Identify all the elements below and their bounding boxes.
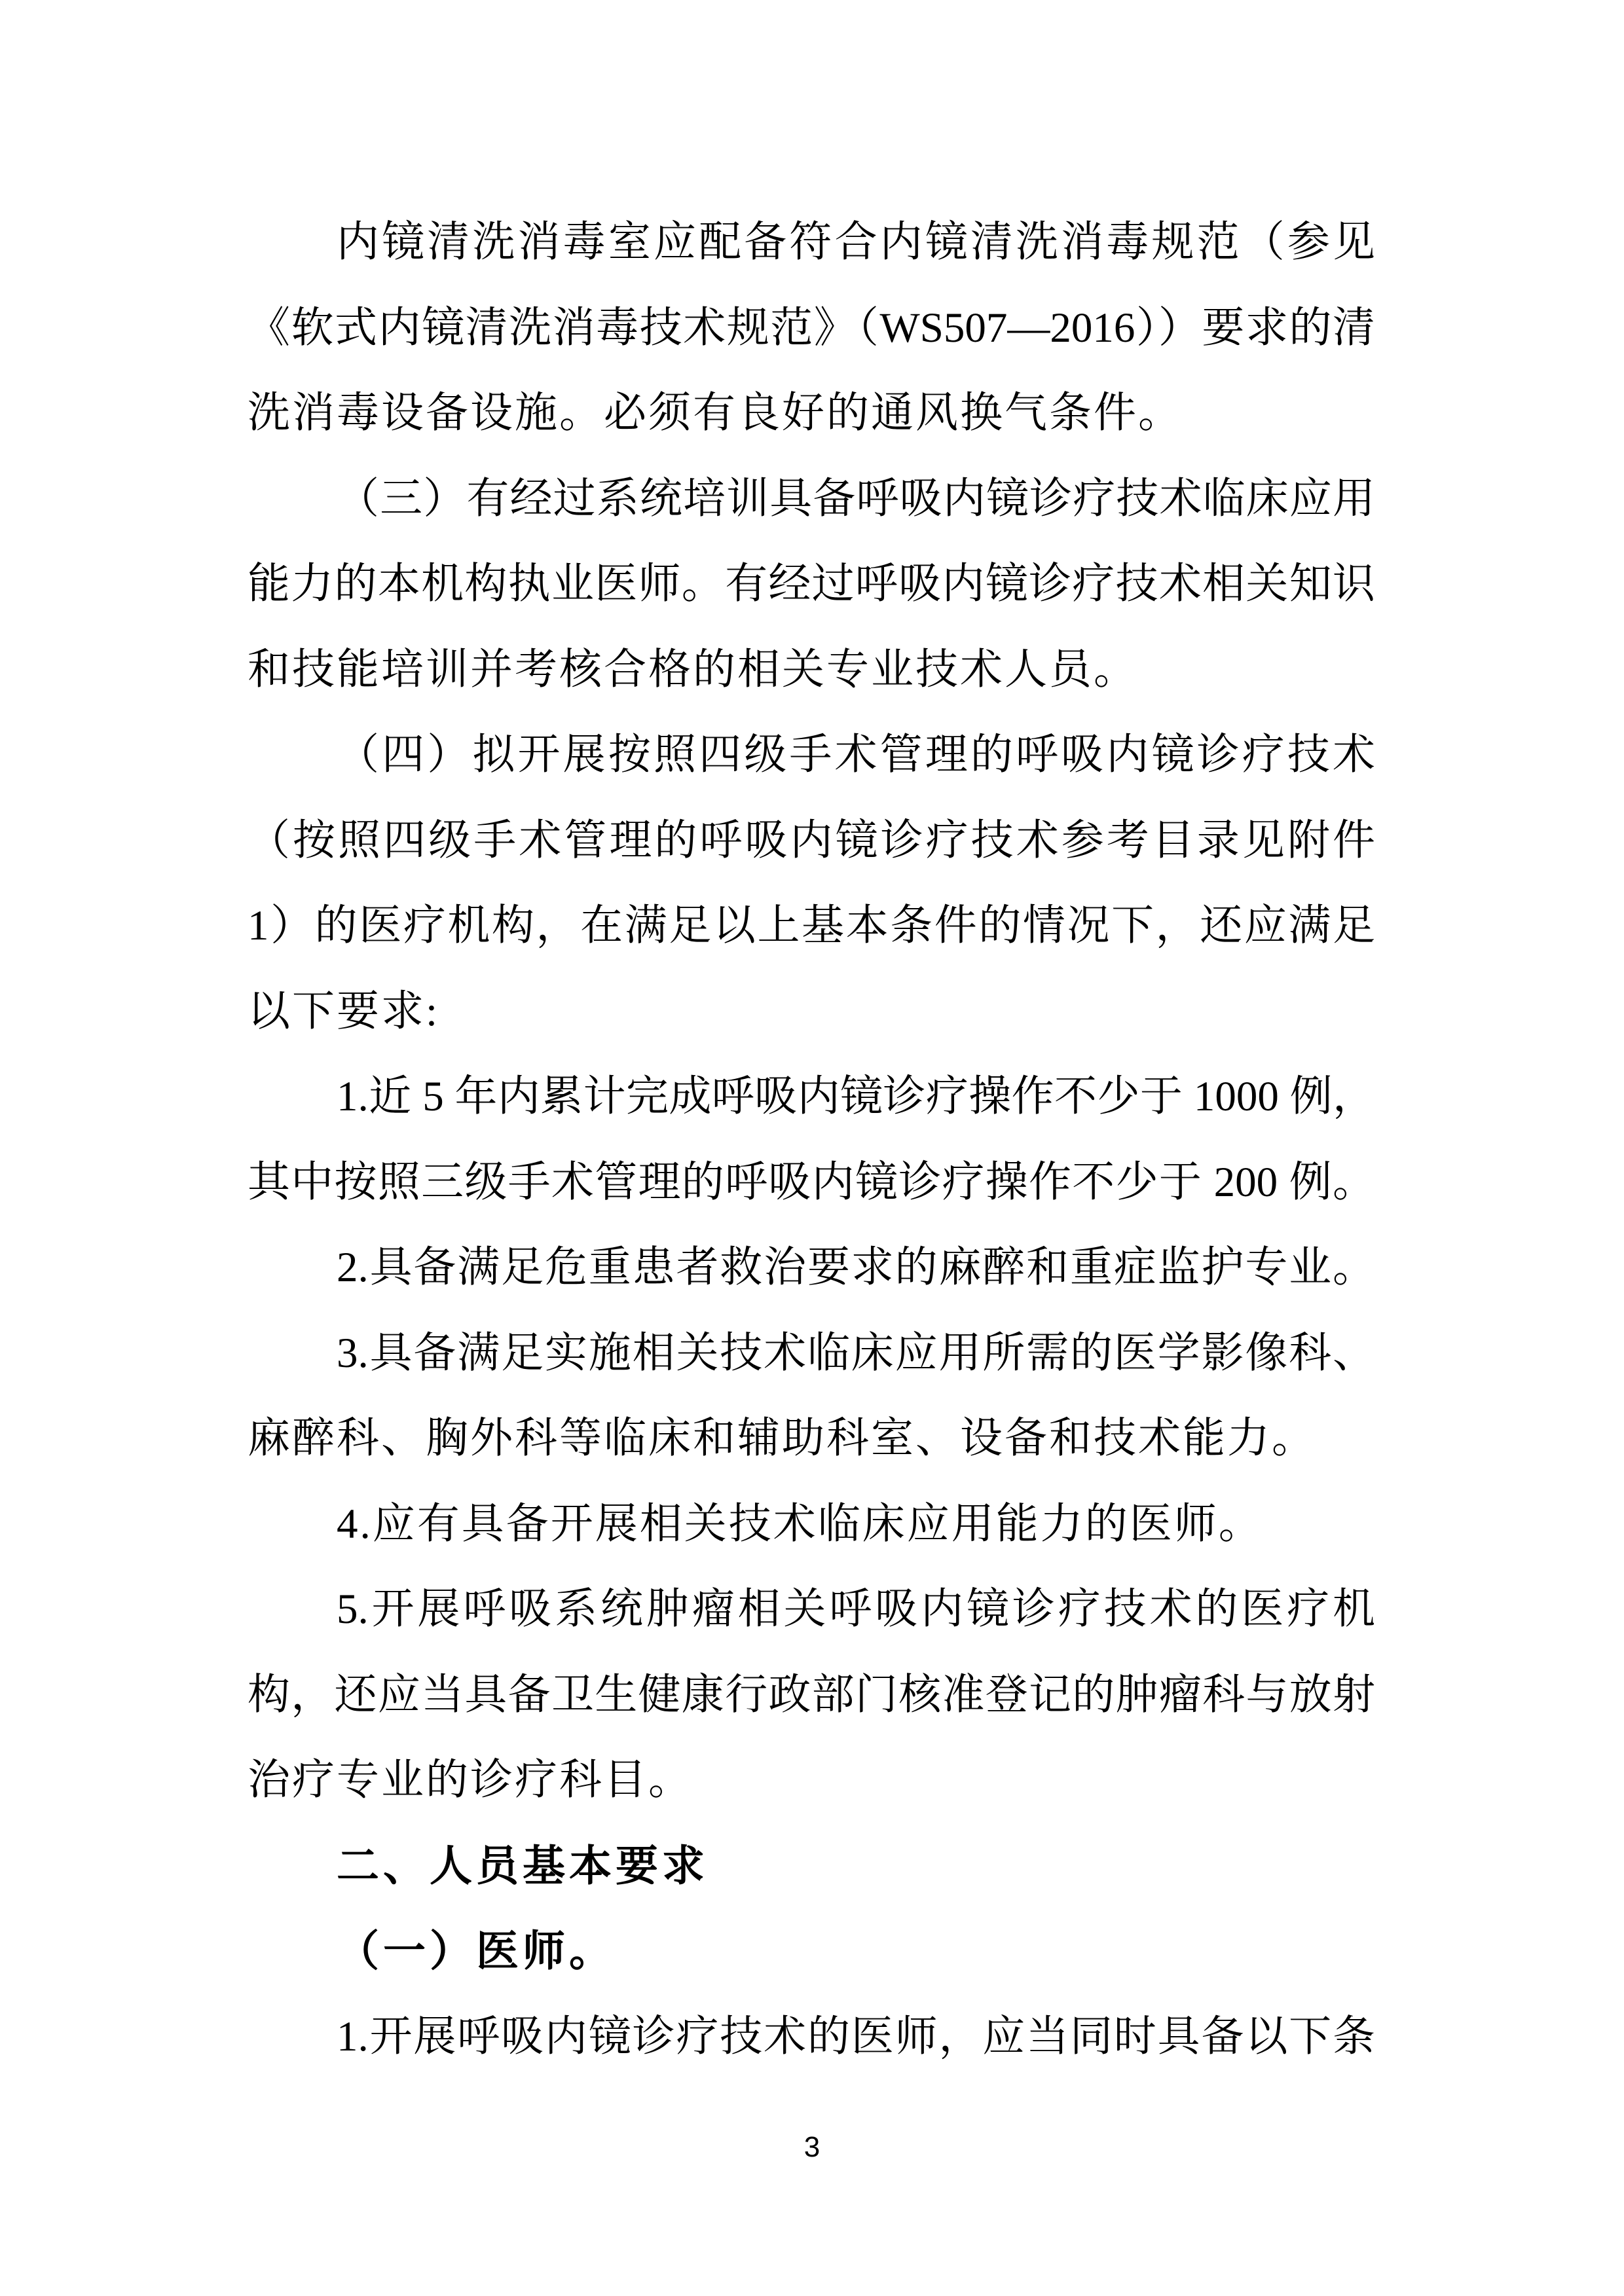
text-line: 1.开展呼吸内镜诊疗技术的医师，应当同时具备以下条 xyxy=(248,1994,1375,2080)
text-line: 《软式内镜清洗消毒技术规范》（WS507—2016））要求的清 xyxy=(248,285,1375,371)
text-line: 麻醉科、胸外科等临床和辅助科室、设备和技术能力。 xyxy=(248,1396,1375,1482)
subsection-heading-physician: （一）医师。 xyxy=(248,1908,1375,1994)
text-line: 治疗专业的诊疗科目。 xyxy=(248,1738,1375,1823)
page-footer: 3 xyxy=(0,2128,1624,2167)
text-line: 和技能培训并考核合格的相关专业技术人员。 xyxy=(248,627,1375,713)
text-line: （按照四级手术管理的呼吸内镜诊疗技术参考目录见附件 xyxy=(248,798,1375,884)
text-line: 构，还应当具备卫生健康行政部门核准登记的肿瘤科与放射 xyxy=(248,1652,1375,1738)
text-line: 以下要求: xyxy=(248,969,1375,1055)
document-page: 内镜清洗消毒室应配备符合内镜清洗消毒规范（参见 《软式内镜清洗消毒技术规范》（W… xyxy=(0,0,1624,2296)
text-line: 3.具备满足实施相关技术临床应用所需的医学影像科、 xyxy=(248,1311,1375,1396)
section-heading-personnel-requirements: 二、人员基本要求 xyxy=(248,1823,1375,1909)
text-line: 4.应有具备开展相关技术临床应用能力的医师。 xyxy=(248,1482,1375,1567)
text-line: 2.具备满足危重患者救治要求的麻醉和重症监护专业。 xyxy=(248,1225,1375,1311)
text-line: 5.开展呼吸系统肿瘤相关呼吸内镜诊疗技术的医疗机 xyxy=(248,1567,1375,1652)
text-line: 洗消毒设备设施。必须有良好的通风换气条件。 xyxy=(248,371,1375,456)
text-line: 1.近 5 年内累计完成呼吸内镜诊疗操作不少于 1000 例， xyxy=(248,1054,1375,1140)
document-body: 内镜清洗消毒室应配备符合内镜清洗消毒规范（参见 《软式内镜清洗消毒技术规范》（W… xyxy=(248,200,1375,2079)
text-line: 1）的医疗机构，在满足以上基本条件的情况下，还应满足 xyxy=(248,883,1375,969)
text-line: （四）拟开展按照四级手术管理的呼吸内镜诊疗技术 xyxy=(248,712,1375,798)
text-line: 内镜清洗消毒室应配备符合内镜清洗消毒规范（参见 xyxy=(248,200,1375,285)
text-line: 其中按照三级手术管理的呼吸内镜诊疗操作不少于 200 例。 xyxy=(248,1140,1375,1226)
text-line: 能力的本机构执业医师。有经过呼吸内镜诊疗技术相关知识 xyxy=(248,541,1375,627)
page-number: 3 xyxy=(804,2131,820,2163)
text-line: （三）有经过系统培训具备呼吸内镜诊疗技术临床应用 xyxy=(248,456,1375,542)
